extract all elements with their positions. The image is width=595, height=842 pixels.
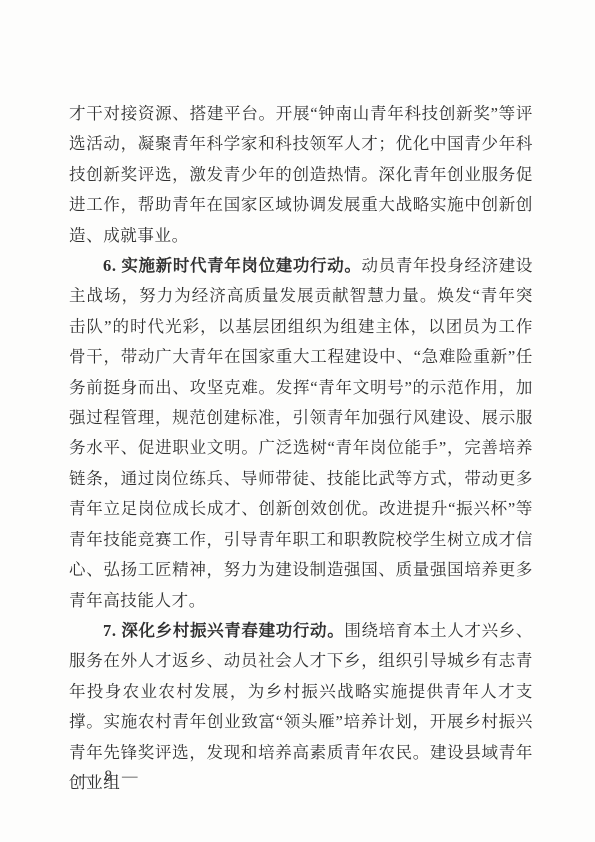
paragraph-item-6: 6. 实施新时代青年岗位建功行动。动员青年投身经济建设主战场，努力为经济高质量发… [69, 251, 533, 616]
page-body: 才干对接资源、搭建平台。开展“钟南山青年科技创新奖”等评选活动，凝聚青年科学家和… [69, 99, 533, 798]
paragraph-text: 动员青年投身经济建设主战场，努力为经济高质量发展贡献智慧力量。焕发“青年突击队”… [69, 256, 533, 609]
page-number: — 8 — [79, 768, 141, 786]
paragraph-lead: 7. 深化乡村振兴青春建功行动。 [103, 621, 344, 640]
paragraph-text: 才干对接资源、搭建平台。开展“钟南山青年科技创新奖”等评选活动，凝聚青年科学家和… [69, 104, 533, 245]
paragraph-text: 围绕培育本土人才兴乡、服务在外人才返乡、动员社会人才下乡，组织引导城乡有志青年投… [69, 621, 533, 792]
paragraph-lead: 6. 实施新时代青年岗位建功行动。 [103, 256, 362, 275]
document-page: 才干对接资源、搭建平台。开展“钟南山青年科技创新奖”等评选活动，凝聚青年科学家和… [0, 0, 595, 842]
paragraph-continuation: 才干对接资源、搭建平台。开展“钟南山青年科技创新奖”等评选活动，凝聚青年科学家和… [69, 99, 533, 251]
